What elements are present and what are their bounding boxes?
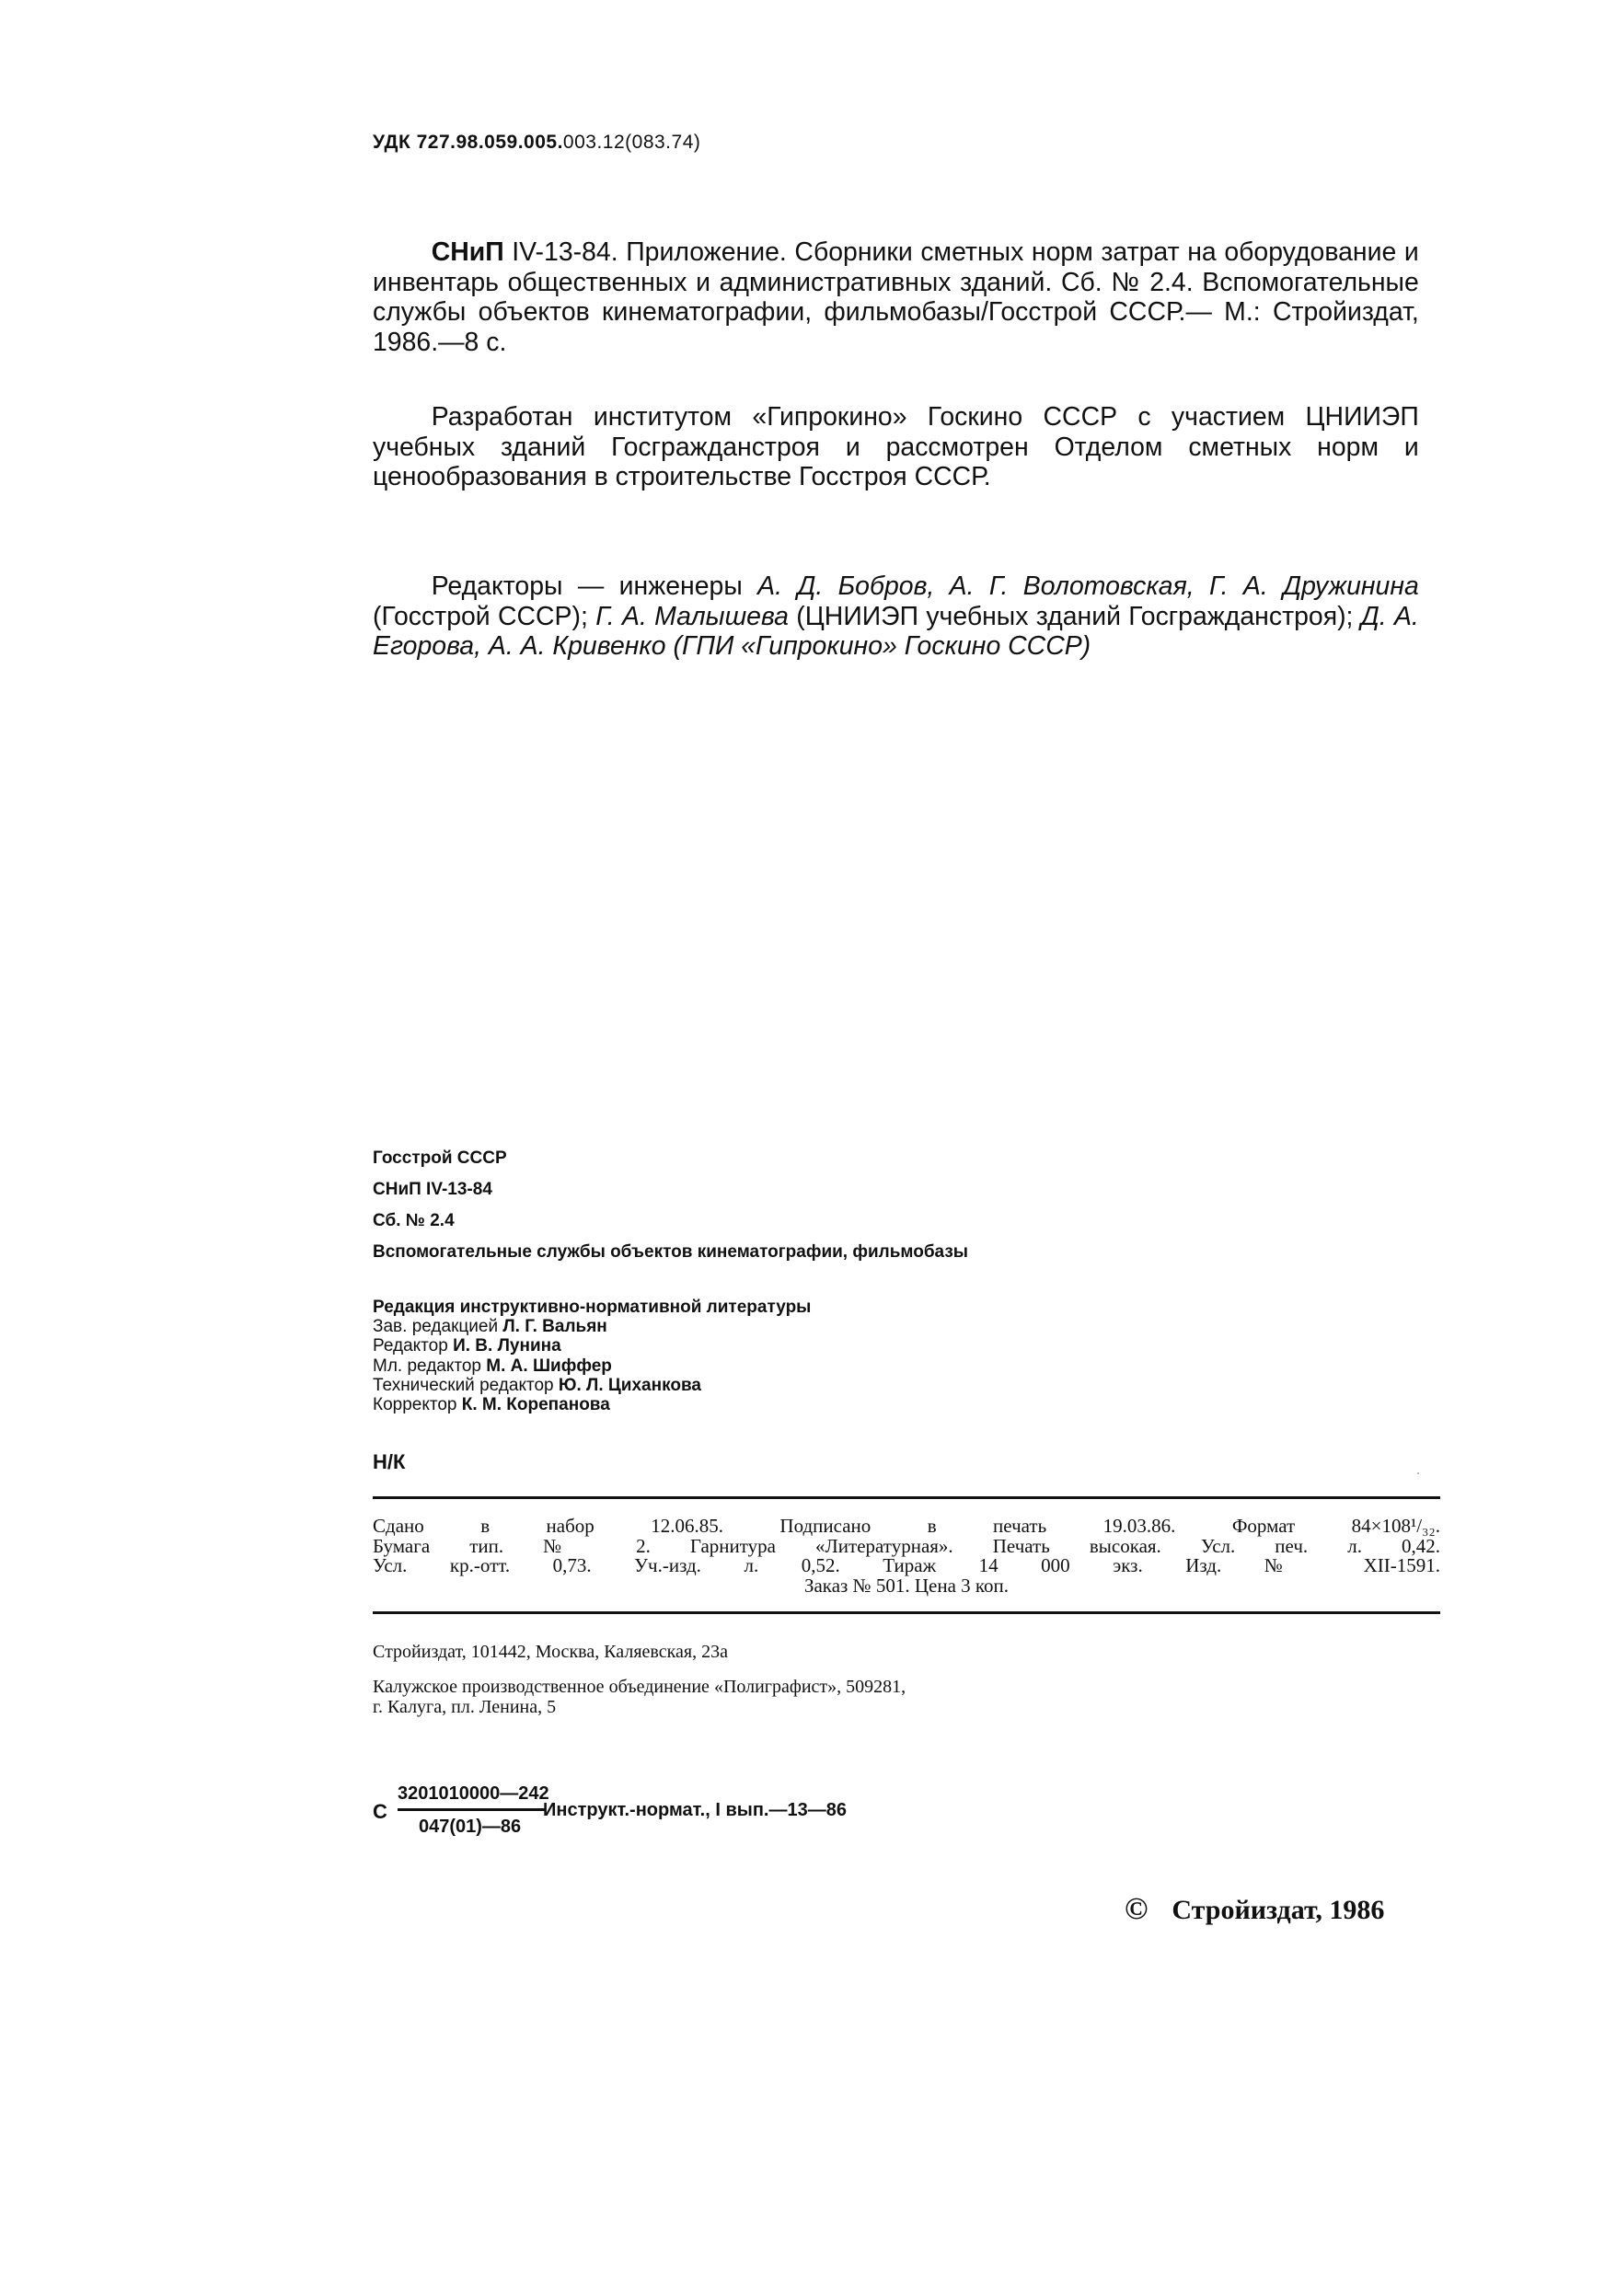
index-letter: С [373,1800,387,1824]
print-details-line: Заказ № 501. Цена 3 коп. [373,1576,1440,1597]
index-description: Инструкт.-нормат., I вып.—13—86 [543,1800,847,1821]
editors-paragraph: Редакторы — инженеры А. Д. Бобров, А. Г.… [373,571,1419,662]
copyright: ©Стройиздат, 1986 [1125,1892,1384,1927]
print-details-line: Сдано в набор 12.06.85. Подписано в печа… [373,1517,1440,1537]
udk-code: УДК 727.98.059.005.003.12(083.74) [373,132,700,154]
index-numerator: 3201010000—242 [398,1783,549,1805]
snip-code: СНиП [432,237,504,267]
imprint-header: Госстрой СССР СНиП IV-13-84 Сб. № 2.4 [373,1143,507,1237]
divider [373,1496,1440,1499]
imprint-code: СНиП IV-13-84 [373,1174,507,1206]
speck [1417,1472,1419,1474]
staff-row: Мл. редактор М. А. Шиффер [373,1356,811,1376]
print-details-line: Усл. кр.-отт. 0,73. Уч.-изд. л. 0,52. Ти… [373,1556,1440,1576]
staff-row: Редактор И. В. Лунина [373,1336,811,1356]
imprint-org: Госстрой СССР [373,1143,507,1174]
developed-by-text: Разработан институтом «Гипрокино» Госкин… [373,402,1419,491]
staff-row: Зав. редакцией Л. Г. Вальян [373,1317,811,1336]
fraction-bar [398,1808,545,1811]
printer-address: Калужское производственное объединение «… [373,1677,906,1717]
imprint-collection: Сб. № 2.4 [373,1206,507,1237]
imprint-title: Вспомогательные службы объектов кинемато… [373,1242,968,1263]
imprint-department: Редакция инструктивно-нормативной литера… [373,1298,811,1317]
udk-bold: УДК 727.98.059.005. [373,132,563,153]
staff-row: Корректор К. М. Корепанова [373,1395,811,1414]
print-details: Сдано в набор 12.06.85. Подписано в печа… [373,1517,1440,1596]
editor-names-1: А. Д. Бобров, А. Г. Волотовская, Г. А. Д… [757,571,1419,601]
editors-prefix: Редакторы — инженеры [432,571,743,601]
print-details-line: Бумага тип. № 2. Гарнитура «Литературная… [373,1537,1440,1557]
copyright-icon: © [1125,1892,1148,1926]
divider [373,1611,1440,1614]
udk-light: 003.12(083.74) [563,132,700,153]
publisher-address: Стройиздат, 101442, Москва, Каляевская, … [373,1642,728,1662]
copyright-text: Стройиздат, 1986 [1172,1895,1384,1925]
editor-org-1: (Госстрой СССР); [373,602,588,631]
bibliographic-entry: СНиП IV-13-84. Приложение. Сборники смет… [373,237,1419,357]
bibliographic-text: IV-13-84. Приложение. Сборники сметных н… [373,237,1419,357]
index-denominator: 047(01)—86 [419,1817,521,1838]
editor-org-2: (ЦНИИЭП учебных зданий Госгражданстроя); [796,602,1353,631]
editor-names-2: Г. А. Малышева [595,602,789,631]
staff-row: Технический редактор Ю. Л. Циханкова [373,1376,811,1395]
imprint-staff: Редакция инструктивно-нормативной литера… [373,1298,811,1414]
nk-mark: Н/К [373,1450,405,1474]
developed-by-paragraph: Разработан институтом «Гипрокино» Госкин… [373,402,1419,492]
